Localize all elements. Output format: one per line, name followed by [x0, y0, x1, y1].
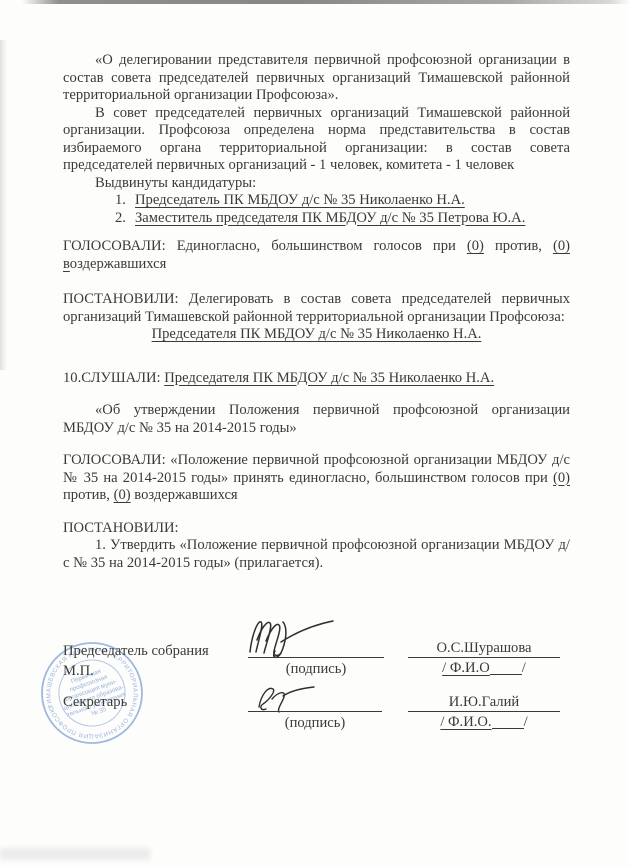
- signature-caption: (подпись): [248, 715, 382, 732]
- fio-text: / Ф.И.О.: [440, 714, 491, 730]
- signature-caption: (подпись): [248, 661, 384, 678]
- secretary-label: Секретарь: [63, 694, 127, 711]
- secretary-fio-caption: / Ф.И.О./: [408, 714, 560, 731]
- stamp-place-label: М.П.: [63, 663, 94, 680]
- fio-text: / Ф.И.О: [442, 660, 490, 676]
- fio-blank-underline: [492, 727, 524, 729]
- fio-end-slash: /: [524, 714, 528, 730]
- signature-block: Председатель собрания М.П. Секретарь (по…: [0, 0, 629, 867]
- fio-blank-underline: [490, 673, 522, 675]
- chairman-fio-caption: / Ф.И.О/: [408, 660, 560, 677]
- chairman-name: О.С.Шурашова: [408, 640, 560, 658]
- chairman-signature-line: [248, 640, 384, 658]
- fio-end-slash: /: [522, 660, 526, 676]
- chairman-label: Председатель собрания: [63, 643, 209, 660]
- secretary-name: И.Ю.Галий: [408, 694, 560, 712]
- scanned-protocol-page: ТИМАШЕВСКАЯ РАЙОННАЯ ТЕРРИТОРИАЛЬНАЯ ОРГ…: [0, 0, 629, 867]
- secretary-signature-line: [248, 694, 382, 712]
